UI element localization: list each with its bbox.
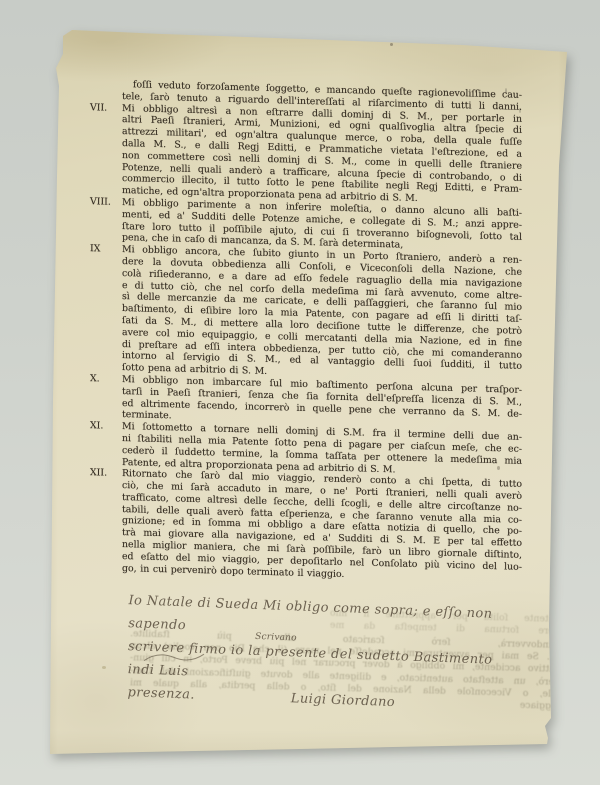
- paper-sheet: foſſi veduto forzoſamente ſoggetto, e ma…: [42, 26, 574, 760]
- paper-shadow-wrap: foſſi veduto forzoſamente ſoggetto, e ma…: [42, 26, 574, 760]
- signature: Luigi Giordano: [291, 687, 395, 714]
- item-numeral: X.: [90, 373, 118, 386]
- item-numeral: IX: [90, 243, 118, 256]
- handwriting-word: presenza.: [127, 681, 195, 707]
- photo-backdrop: foſſi veduto forzoſamente ſoggetto, e ma…: [0, 0, 600, 785]
- foxing-speck: [102, 666, 106, 669]
- item-numeral: VIII.: [90, 196, 118, 209]
- printed-text-block: foſſi veduto forzoſamente ſoggetto, e ma…: [122, 79, 522, 585]
- page-content: foſſi veduto forzoſamente ſoggetto, e ma…: [122, 79, 522, 585]
- item-numeral: VII.: [90, 102, 118, 115]
- foxing-speck: [390, 43, 393, 46]
- item-numeral: XII.: [90, 467, 118, 480]
- item-numeral: XI.: [90, 420, 118, 433]
- pen-flourish-icon: [142, 648, 206, 666]
- handwriting-insertion: Scrivano: [255, 626, 297, 651]
